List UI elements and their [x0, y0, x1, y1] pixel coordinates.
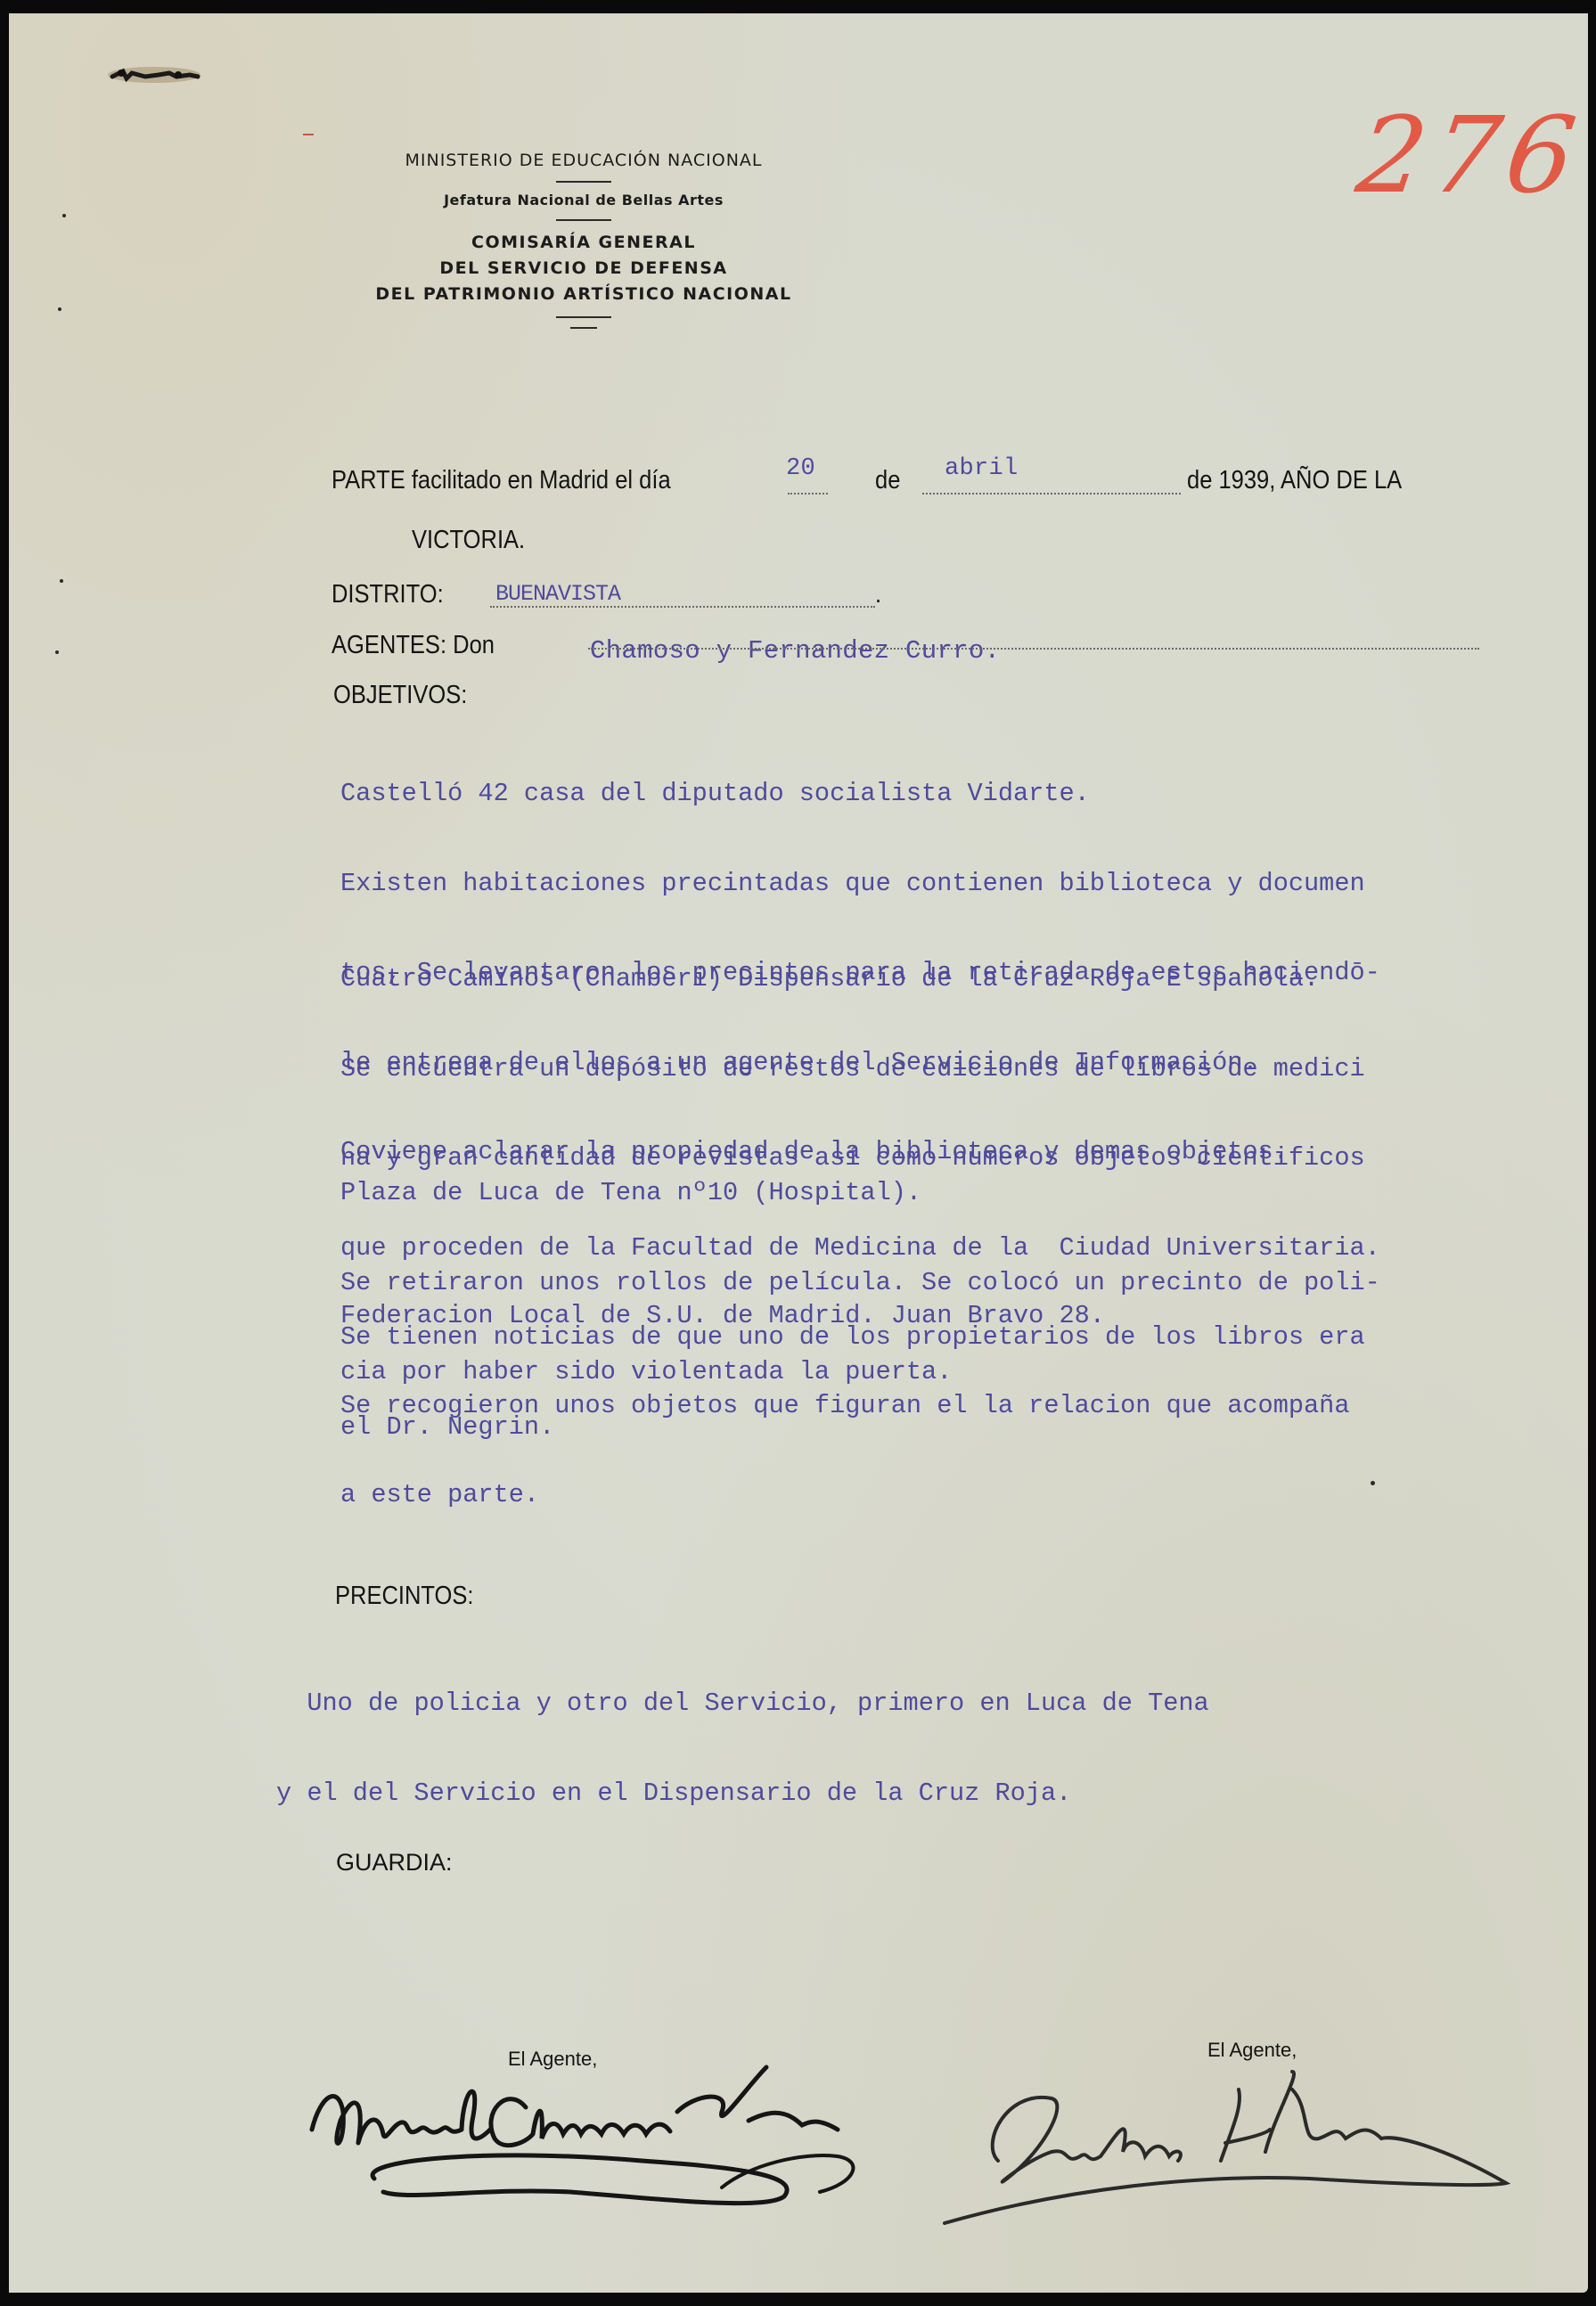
objetivo-line: Plaza de Luca de Tena nº10 (Hospital).: [340, 1178, 1380, 1208]
objetivo-entry-federacion-local: Federacion Local de S.U. de Madrid. Juan…: [340, 1241, 1350, 1570]
distrito-value: BUENAVISTA: [495, 581, 620, 607]
parte-victoria-label: VICTORIA.: [412, 526, 525, 555]
parte-day-value: 20: [786, 455, 815, 482]
objetivo-line: Federacion Local de S.U. de Madrid. Juan…: [340, 1301, 1350, 1331]
precintos-line: y el del Servicio en el Dispensario de l…: [276, 1779, 1209, 1809]
red-margin-tick: [303, 134, 314, 135]
objetivo-line: a este parte.: [340, 1480, 1350, 1510]
letterhead-rule: [556, 181, 611, 183]
parte-year-label: de 1939, AÑO DE LA: [1187, 466, 1402, 495]
objetivos-label: OBJETIVOS:: [333, 681, 467, 710]
agentes-dotted-line: [588, 648, 1479, 650]
agentes-label: AGENTES: Don: [331, 631, 495, 660]
letterhead-rule: [556, 219, 611, 221]
letterhead: MINISTERIO DE EDUCACIÓN NACIONAL Jefatur…: [325, 147, 842, 338]
document-page: MINISTERIO DE EDUCACIÓN NACIONAL Jefatur…: [9, 13, 1588, 2293]
signature-right: [847, 2054, 1559, 2232]
parte-month-dotted-line: [922, 493, 1181, 495]
parte-day-dotted-line: [788, 493, 828, 495]
parte-de-label: de: [875, 466, 900, 495]
letterhead-comisaria: COMISARÍA GENERAL DEL SERVICIO DE DEFENS…: [325, 230, 842, 307]
agentes-value: Chamoso y Fernandez Curro.: [590, 636, 1000, 666]
staple-mark: [105, 62, 203, 86]
edge-mark: [55, 650, 59, 654]
parte-prefix-label: PARTE facilitado en Madrid el día: [331, 466, 671, 495]
precintos-line: Uno de policia y otro del Servicio, prim…: [276, 1689, 1209, 1719]
distrito-dotted-line: [490, 606, 875, 608]
distrito-trailing: .: [875, 580, 881, 609]
letterhead-rule: [556, 316, 611, 318]
edge-mark: [60, 579, 63, 583]
distrito-label: DISTRITO:: [331, 580, 444, 609]
letterhead-jefatura: Jefatura Nacional de Bellas Artes: [325, 192, 842, 209]
precintos-label: PRECINTOS:: [335, 1582, 474, 1611]
objetivo-line: Existen habitaciones precintadas que con…: [340, 869, 1380, 899]
letterhead-comisaria-line: DEL PATRIMONIO ARTÍSTICO NACIONAL: [325, 282, 842, 307]
guardia-label: GUARDIA:: [336, 1849, 453, 1877]
objetivo-line: Se encuentra un depósito de restos de ed…: [340, 1054, 1380, 1084]
objetivo-line: Castelló 42 casa del diputado socialista…: [340, 779, 1380, 809]
letterhead-comisaria-line: DEL SERVICIO DE DEFENSA: [325, 256, 842, 282]
parte-month-value: abril: [945, 455, 1019, 482]
objetivo-line: Se recogieron unos objetos que figuran e…: [340, 1391, 1350, 1421]
folio-number: 276: [1352, 102, 1589, 208]
letterhead-comisaria-line: COMISARÍA GENERAL: [325, 230, 842, 256]
letterhead-ministry: MINISTERIO DE EDUCACIÓN NACIONAL: [325, 151, 842, 170]
edge-mark: [58, 307, 61, 311]
letterhead-rule: [570, 327, 597, 329]
objetivo-line: Cuatro Caminos (Chamberi) Dispensario de…: [340, 964, 1380, 994]
precintos-text: Uno de policia y otro del Servicio, prim…: [276, 1629, 1209, 1868]
signature-left: [303, 2058, 927, 2210]
edge-mark: [62, 214, 66, 217]
